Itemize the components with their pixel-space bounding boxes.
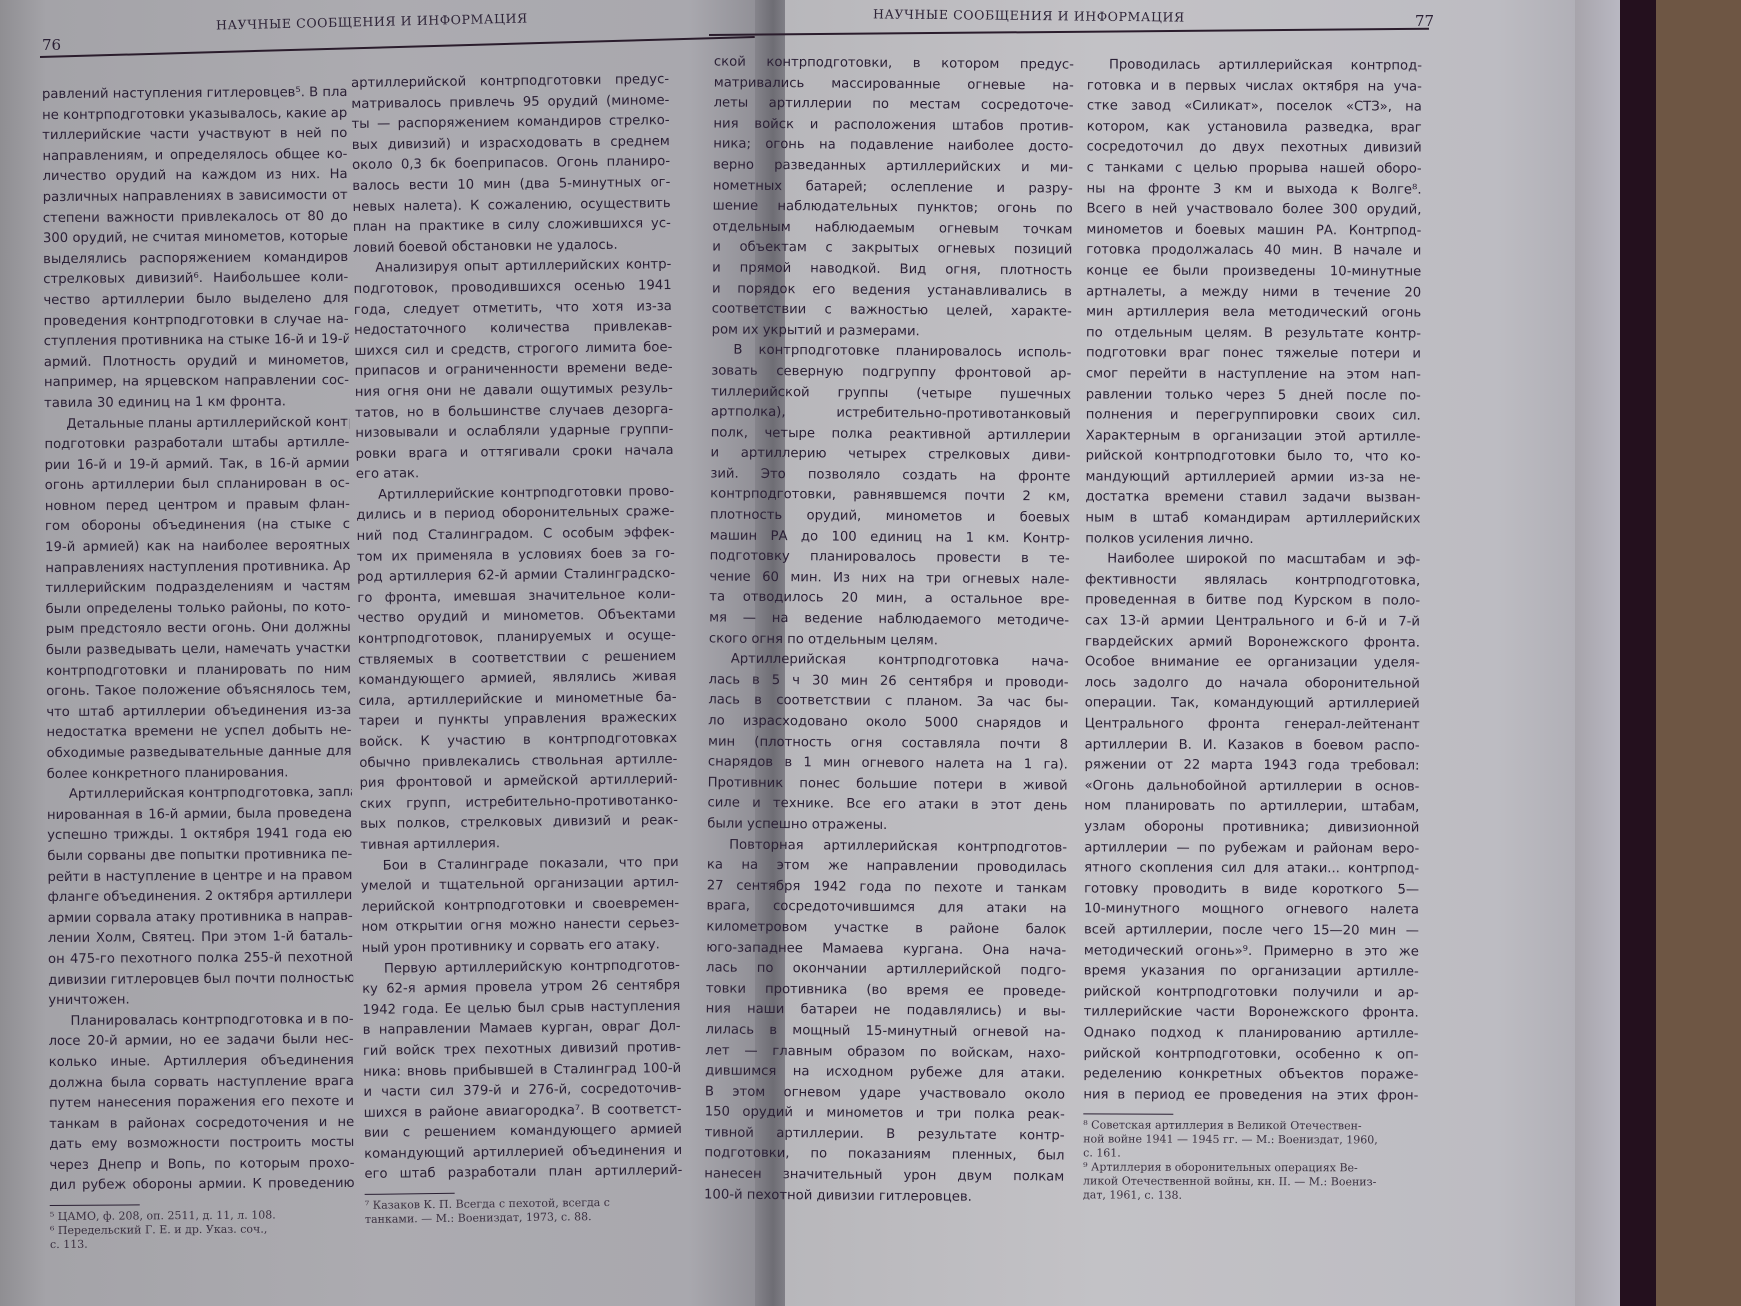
text-line: были сорваны две попытки противника пе- [47,845,352,868]
text-line: тиллерийские части участвуют в ней по [42,124,347,147]
text-line: леты артиллерии по местам сосредоточе- [713,94,1073,118]
text-line: путем нанесения поражения его пехоте и [49,1092,354,1115]
text-line: были определены только районы, по кото- [46,598,351,621]
text-line: конце ее были произведены 10-минутные [1086,261,1421,283]
text-line: ровки врага и оттягивали сроки начала [355,441,673,465]
text-line: Детальные планы артиллерийской контр- [44,412,349,435]
text-line: фективности являлась контрподготовка, [1085,570,1420,592]
text-line: были разведывать цели, намечать участки [46,639,351,662]
text-line: лась по окончании артиллерийской подго- [706,959,1066,983]
text-line: подготовки враг понес тяжелые потери и [1086,344,1421,366]
text-line: дил рубеж обороны армии. К проведению [50,1174,355,1197]
text-line: 10-минутного мощного огневого налета [1084,900,1419,922]
text-line: по отдельным целям. В результате контр- [1086,323,1421,345]
footnote-line: ной войне 1941 — 1945 гг. — М.: Военизда… [1083,1133,1418,1148]
text-line: ния в период ее проведения на этих фрон- [1083,1085,1418,1107]
text-line: контрподготовки и планировать по ним [46,660,351,683]
text-line: нированная в 16-й армии, была проведена [47,804,352,827]
text-line: Артиллерийская контрподготовка, запла- [47,783,352,806]
book-cover-edge [1620,0,1656,1306]
footnote-line: дат, 1961, с. 138. [1083,1189,1418,1204]
text-line: танкам в районах сосредоточения и не [49,1113,354,1136]
text-line: фланге объединения. 2 октября артиллерия [48,886,353,909]
text-line: минометов и боевых машин РА. Контрпод- [1086,220,1421,242]
text-line: степени важности привлекалось от 80 до [43,207,348,230]
text-line: подготовки разработали штабы артилле- [44,433,349,456]
text-line: котором, как установила разведка, враг [1087,117,1422,139]
text-line: гом обороны объединения (на стыке с [45,515,350,538]
footnotes: ⁸ Советская артиллерия в Великой Отечест… [1083,1119,1418,1204]
text-line: время указания по организации артилле- [1084,962,1419,984]
text-line: различных направлениях в зависимости от [43,186,348,209]
text-line: артиллерии — по рубежам и районам веро- [1084,838,1419,860]
column-left-2: артиллерийской контрподготовки предус-ма… [351,70,683,1227]
footnote-line: танками. — М.: Воениздат, 1973, с. 88. [365,1209,683,1227]
footnote-line: ⁹ Артиллерия в оборонительных операциях … [1083,1161,1418,1176]
text-line: Центрального фронта генерал-лейтенант [1085,714,1420,736]
footnote-line: ликой Отечественной войны, кн. II. — М.:… [1083,1175,1418,1190]
text-line: стрелковых дивизий⁶. Наибольшее коли- [43,268,348,291]
text-line: рийской контрподготовки получили и ар- [1084,982,1419,1004]
text-line: лосе 20-й армии, но ее задачи были нес- [49,1030,354,1053]
text-line: рейти в наступление в центре и на правом [47,865,352,888]
text-line: лилась в мощный 15-минутный огневой на- [705,1020,1065,1044]
text-line: уничтожен. [48,989,353,1012]
text-line: «Огонь дальнобойной артиллерии в основ- [1084,776,1419,798]
text-line: личество орудий на каждом из них. На [43,165,348,188]
text-line: Характерным в организации этой артилле- [1086,426,1421,448]
text-line: Артиллерийская контрподготовка нача- [709,650,1069,674]
text-line: Наиболее широкой по масштабам и эф- [1085,550,1420,572]
text-line: новном перед центром и правым флан- [45,495,350,518]
text-line: готовка и в первых числах октября на уча… [1087,76,1422,98]
text-line: готовку проводить в виде короткого 5— [1084,879,1419,901]
footnote-rule [1083,1114,1173,1115]
text-line: чество артиллерии было выделено для [43,289,348,312]
header-rule-left [40,36,755,58]
text-line: колько иные. Артиллерия объединения [49,1051,354,1074]
text-line: зовать северную подгруппу фронтовой ар- [711,361,1071,385]
text-line: мандующий артиллерией армии из-за не- [1085,467,1420,489]
table-surface [1656,0,1741,1306]
text-line: достатка времени ставил задачи вызван- [1085,488,1420,510]
text-line: ка на этом же направлении проводилась [707,856,1067,880]
column-right-2: Проводилась артиллерийская контрпод-гото… [1083,55,1422,1203]
text-line: с танками с целью прорыва нашей оборо- [1087,158,1422,180]
text-line: верно разведанных артиллерийских и ми- [713,155,1073,179]
text-line: артиллерии В. И. Казаков в боевом распо- [1085,735,1420,757]
text-line: армий. Плотность орудий и минометов, [44,351,349,374]
text-line: ло израсходовано около 5000 снарядов и [708,711,1068,735]
text-line: Всего в ней участвовало более 300 орудий… [1086,200,1421,222]
running-head-left: НАУЧНЫЕ СООБЩЕНИЯ И ИНФОРМАЦИЯ [216,10,528,32]
footnote-rule [365,1193,455,1195]
text-line: полков усиления лично. [1085,529,1420,551]
text-line: ределению конкретных объектов пораже- [1083,1065,1418,1087]
text-line: дать ему возможности построить мосты [49,1133,354,1156]
text-line: его штаб разработали план артиллерий- [364,1161,682,1185]
text-line: тавила 30 единиц на 1 км фронта. [44,392,349,415]
text-line: 100-й пехотной дивизии гитлеровцев. [704,1185,1064,1209]
text-line: вых полков, стрелковых дивизий и реак- [360,811,678,835]
text-line: проведенная в битве под Курском в поло- [1085,591,1420,613]
text-line: методический огонь»⁹. Примерно в это же [1084,941,1419,963]
text-line: рым предстояло вести огонь. Они должны [46,618,351,641]
footnote-line: ⁸ Советская артиллерия в Великой Отечест… [1083,1119,1418,1134]
open-book-spread: 76 НАУЧНЫЕ СООБЩЕНИЯ И ИНФОРМАЦИЯ равлен… [0,0,1741,1306]
text-line: Планировалась контрподготовка и в по- [48,1010,353,1033]
text-line: лось задолго до начала оборонительной [1085,673,1420,695]
text-line: плотность орудий, минометов и боевых [710,505,1070,529]
text-line: ряжении от 22 марта 1943 года требовал: [1084,756,1419,778]
text-line: стке завод «Силикат», поселок «СТЗ», на [1087,97,1422,119]
text-line: тиллерийские части Воронежского фронта. [1084,1003,1419,1025]
text-line: километровом участке в районе балок [706,917,1066,941]
text-line: тиллерийским подразделениям и частям [45,577,350,600]
column-right-1: ской контрподготовки, в котором предус-м… [704,52,1074,1208]
text-line: 300 орудий, не считая минометов, которые [43,227,348,250]
text-line: он 475-го пехотного полка 255-й пехотной [48,948,353,971]
text-line: например, на ярцевском направлении сос- [44,371,349,394]
text-line: мин артиллерия вела методический огонь [1086,303,1421,325]
text-line: и артиллерию четырех стрелковых диви- [710,444,1070,468]
text-line: дившимся на исходном рубеже для атаки. [705,1062,1065,1086]
footnotes: ⁵ ЦАМО, ф. 208, оп. 2511, д. 11, л. 108.… [50,1208,355,1252]
text-line: выделялись распоряжением командиров [43,248,348,271]
text-line: 150 орудий и минометов и три полка реак- [705,1103,1065,1127]
text-line: сах 13-й армии Центрального и 6-й и 7-й [1085,611,1420,633]
text-line: ном планировать по артиллерии, штабам, [1084,797,1419,819]
text-line: мя — на ведение наблюдаемого методиче- [709,608,1069,632]
text-line: смог перейти в наступление на этом нап- [1086,364,1421,386]
text-line: всей артиллерии, после чего 15—20 мин — [1084,920,1419,942]
text-line: ятного скопления сил для атаки... контрп… [1084,859,1419,881]
text-line: Проводилась артиллерийская контрпод- [1087,55,1422,77]
text-line: недостатка времени не успел добыть не- [46,721,351,744]
text-line: проведения контрподготовки в случае на- [44,309,349,332]
text-line: более конкретного планирования. [47,763,352,786]
text-line: не контрподготовки указывалось, какие ар… [42,104,347,127]
text-line: направлениях наступления противника. Ар- [45,557,350,580]
text-line: ступления противника на стыке 16-й и 19-… [44,330,349,353]
text-line: снарядов в 1 мин огневого налета на 1 га… [708,753,1068,777]
text-line: ской контрподготовки, в котором предус- [714,52,1074,76]
right-page: НАУЧНЫЕ СООБЩЕНИЯ И ИНФОРМАЦИЯ 77 ской к… [785,0,1575,1306]
text-line: что штаб артиллерии объединения из-за [46,701,351,724]
footnote-rule [50,1204,140,1206]
text-line: были успешно отражены. [707,814,1067,838]
text-line: обходимые разведывательные данные для [47,742,352,765]
text-line: дивизии гитлеровцев был почти полностью [48,968,353,991]
text-line: направлениям, и определялось общее ко- [42,145,347,168]
running-head-right: НАУЧНЫЕ СООБЩЕНИЯ И ИНФОРМАЦИЯ [873,6,1185,24]
text-line: огонь артиллерии был спланирован в ос- [45,474,350,497]
text-line: рийской контрподготовки, особенно к оп- [1083,1044,1418,1066]
text-line: равлений наступления гитлеровцев⁵. В пла… [42,83,347,106]
text-line: ным в штаб командирам артиллерийских [1085,508,1420,530]
text-line: полнения и перегруппировки своих сил. [1086,406,1421,428]
page-number-left: 76 [42,36,61,54]
text-line: узлам обороны противника; дивизионной [1084,817,1419,839]
column-left-1: равлений наступления гитлеровцев⁵. В пла… [42,83,355,1252]
footnote-line: с. 113. [50,1236,355,1252]
text-line: армии сорвала атаку противника в направ- [48,907,353,930]
text-line: гвардейских армий Воронежского фронта. [1085,632,1420,654]
text-line: нанесен значительный урон двум полкам [704,1164,1064,1188]
text-line: должна была сорвать наступление врага [49,1071,354,1094]
text-line: артналеты, а между ними в течение 20 [1086,282,1421,304]
text-line: ны на фронте 3 км и выхода к Волге⁸. [1087,179,1422,201]
footnotes: ⁷ Казаков К. П. Всегда с пехотой, всегда… [365,1195,683,1227]
text-line: 19-й армией) как на наиболее вероятных [45,536,350,559]
text-line: рии 16-й и 19-й армий. Так, в 16-й армии [45,454,350,477]
text-line: план на практике в силу сложившихся ус- [353,214,671,238]
text-line: готовка продолжалась 40 мин. В начале и [1086,241,1421,263]
text-line: равлении только через 5 дней после по- [1086,385,1421,407]
text-line: Однако подход к планированию артилле- [1084,1023,1419,1045]
text-line: рийской контрподготовки было то, что ко- [1086,447,1421,469]
text-line: соответствии с важностью целей, характе- [712,300,1072,324]
text-line: операции. Так, командующий артиллерией [1085,694,1420,716]
text-line: шение наблюдательных пунктов; огонь по [713,197,1073,221]
text-line: через Днепр и Вопь, по которым прохо- [49,1154,354,1177]
text-line: артполка), истребительно-противотанковый [711,403,1071,427]
text-line: Особое внимание ее организации уделя- [1085,653,1420,675]
page-edges [1575,0,1620,1306]
text-line: успешно трижды. 1 октября 1941 года ею [47,824,352,847]
text-line: огонь. Такое положение объяснялось тем, [46,680,351,703]
header-rule-right [709,28,1429,36]
text-line: сосредоточил до двух пехотных дивизий [1087,138,1422,160]
text-line: подготовку планировалось провести в те- [710,547,1070,571]
footnote-line: с. 161. [1083,1147,1418,1162]
text-line: и прямой наводкой. Вид огня, плотность [712,258,1072,282]
left-page: 76 НАУЧНЫЕ СООБЩЕНИЯ И ИНФОРМАЦИЯ равлен… [0,0,765,1306]
text-line: лении Холм, Святец. При этом 1-й баталь- [48,927,353,950]
